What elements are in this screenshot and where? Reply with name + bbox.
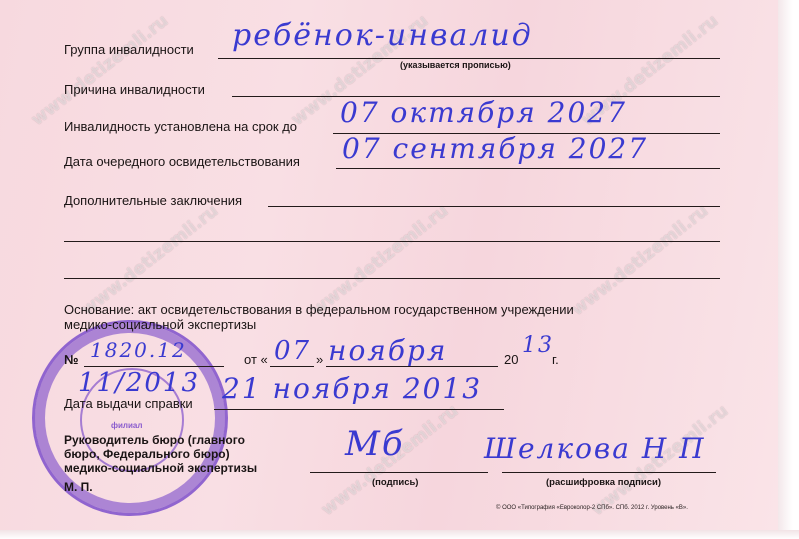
disability-group-value[interactable]: ребёнок-инвалид — [232, 18, 533, 53]
seal-center-text: филиал — [111, 421, 142, 430]
paper-edge-right — [778, 0, 799, 539]
paper-edge-bottom — [0, 530, 799, 539]
disability-term-value[interactable]: 07 октября 2027 — [340, 96, 627, 129]
name-decoding-hint: (расшифровка подписи) — [546, 477, 661, 488]
disability-group-label: Группа инвалидности — [64, 42, 194, 57]
act-number-prefix: № — [64, 352, 79, 367]
head-label-line1: Руководитель бюро (главного — [64, 433, 245, 447]
act-year-value[interactable]: 13 — [522, 333, 554, 358]
disability-group-hint: (указывается прописью) — [400, 60, 511, 70]
seal-mark-label: М. П. — [64, 480, 93, 494]
act-number-value-line2[interactable]: 11/2013 — [78, 368, 200, 398]
issue-date-line — [214, 409, 504, 410]
basis-text-line1: Основание: акт освидетельствования в фед… — [64, 302, 574, 317]
next-examination-value[interactable]: 07 сентября 2027 — [342, 132, 648, 165]
issue-date-label: Дата выдачи справки — [64, 396, 193, 411]
additional-conclusions-label: Дополнительные заключения — [64, 193, 242, 208]
act-month-value[interactable]: ноября — [328, 334, 447, 367]
printer-imprint: © ООО «Типография «Евроколор-2 СПб». СПб… — [496, 505, 688, 511]
basis-text-line2: медико-социальной экспертизы — [64, 317, 256, 332]
act-number-line — [84, 366, 224, 367]
act-year-prefix: 20 — [504, 352, 518, 367]
act-day-line — [270, 366, 314, 367]
disability-group-line — [218, 58, 720, 59]
additional-conclusions-line-1[interactable] — [268, 206, 720, 207]
signature-hint: (подпись) — [372, 477, 418, 488]
name-decoding-value[interactable]: Шелкова Н П — [484, 432, 706, 465]
head-label-line3: медико-социальной экспертизы — [64, 461, 257, 475]
signature-value[interactable]: Мб — [345, 424, 405, 464]
additional-conclusions-line-2[interactable] — [64, 241, 720, 242]
act-date-from-label: от « — [244, 352, 268, 367]
watermark: www.detizemli.ru — [568, 201, 713, 320]
name-decoding-line — [502, 472, 716, 473]
act-number-value[interactable]: 1820.12 — [90, 338, 187, 362]
act-year-suffix: г. — [552, 352, 559, 367]
disability-certificate-sheet: www.detizemli.ru www.detizemli.ru www.de… — [0, 0, 782, 532]
signature-line — [310, 472, 488, 473]
disability-reason-label: Причина инвалидности — [64, 82, 205, 97]
additional-conclusions-line-3[interactable] — [64, 278, 720, 279]
issue-date-value[interactable]: 21 ноября 2013 — [222, 372, 482, 405]
act-day-value[interactable]: 07 — [274, 336, 311, 366]
watermark: www.detizemli.ru — [28, 11, 173, 130]
next-examination-line — [336, 168, 720, 169]
act-date-close-quote: » — [316, 352, 323, 367]
head-label-line2: бюро, Федерального бюро) — [64, 447, 230, 461]
next-examination-label: Дата очередного освидетельствования — [64, 154, 300, 169]
disability-term-label: Инвалидность установлена на срок до — [64, 119, 297, 134]
